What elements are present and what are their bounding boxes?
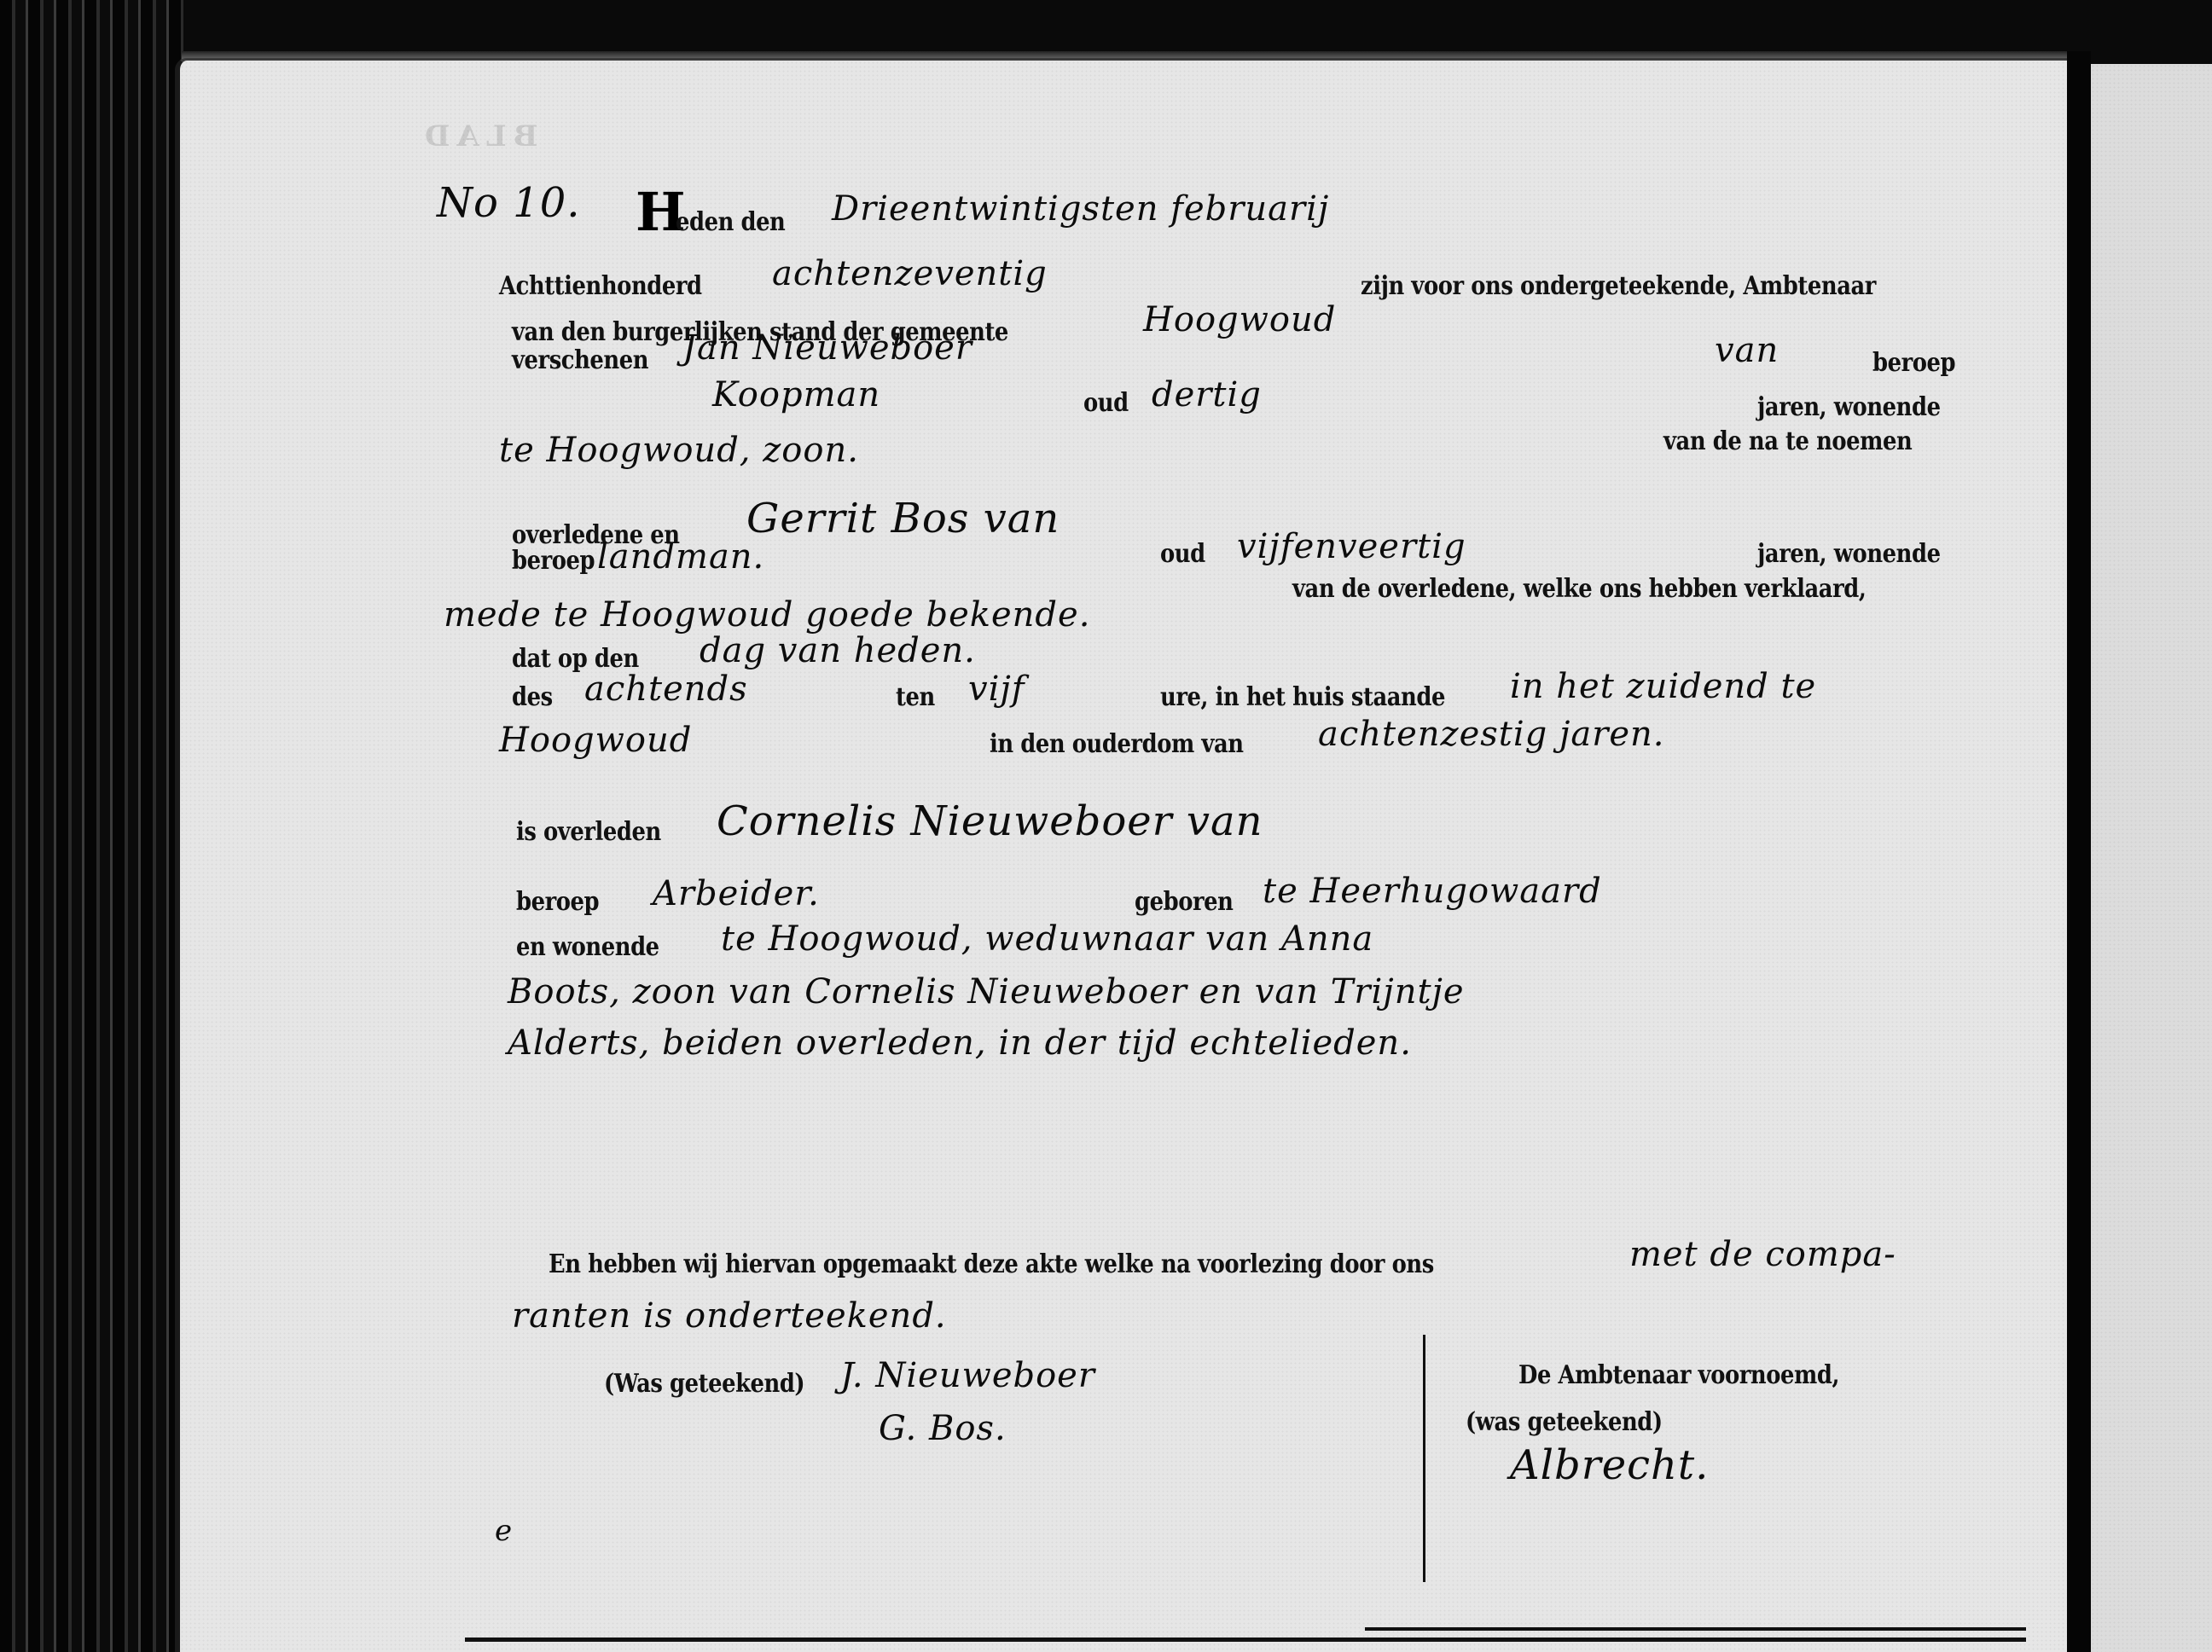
label-is-overleden: is overleden (516, 817, 661, 847)
label-oud-2: oud (1160, 539, 1205, 569)
label-van-de-overledene: van de overledene, welke ons hebben verk… (1292, 574, 1866, 604)
hw-date-day: Drieentwintigsten februarij (832, 189, 1329, 229)
hw-occupation-1: Koopman (712, 375, 880, 414)
book-binding-edge (0, 0, 183, 1652)
bottom-rule-2 (1365, 1627, 2026, 1631)
label-verschenen: verschenen (512, 345, 648, 375)
hw-birthplace: te Heerhugowaard (1263, 872, 1602, 911)
hw-day: dag van heden. (700, 631, 976, 670)
label-beroep-2: beroep (512, 546, 595, 576)
hw-parents-line-1: Boots, zoon van Cornelis Nieuweboer en v… (508, 972, 1465, 1011)
label-en-wonende: en wonende (516, 932, 659, 962)
label-ten: ten (896, 682, 935, 712)
label-geboren: geboren (1135, 887, 1233, 917)
label-beroep-1: beroep (1872, 348, 1955, 378)
ghost-header-blad: BLAD (418, 119, 538, 154)
signature-declarant-2: G. Bos. (879, 1409, 1007, 1448)
label-heden-den: eden den (676, 207, 785, 237)
label-oud-1: oud (1083, 388, 1129, 418)
hw-hour: vijf (968, 669, 1025, 709)
hw-time-of-day: achtends (584, 669, 748, 709)
record-number: No 10. (437, 179, 581, 227)
hw-residence-1: te Hoogwoud, zoon. (499, 431, 859, 470)
label-achttienhonderd: Achttienhonderd (499, 271, 702, 301)
hw-declarant-2: Gerrit Bos van (746, 495, 1060, 542)
bottom-rule-1 (465, 1638, 2026, 1642)
book-gutter (2067, 51, 2091, 1652)
label-was-geteekend-1: (Was geteekend) (604, 1369, 804, 1399)
label-jaren-wonende-2: jaren, wonende (1757, 539, 1941, 569)
label-beroep-3: beroep (516, 887, 599, 917)
signature-official: Albrecht. (1510, 1441, 1709, 1489)
hw-declarant-1: Jan Nieuweboer (682, 328, 972, 368)
hw-residence-deceased: te Hoogwoud, weduwnaar van Anna (721, 919, 1373, 959)
label-jaren-wonende-1: jaren, wonende (1757, 392, 1941, 422)
signature-declarant-1: J. Nieuweboer (840, 1356, 1095, 1395)
label-des: des (512, 682, 553, 712)
signature-divider (1423, 1335, 1425, 1582)
label-in-den-ouderdom: in den ouderdom van (990, 729, 1244, 759)
hw-occupation-deceased: Arbeider. (653, 874, 820, 913)
hw-closing-2: ranten is onderteekend. (512, 1296, 947, 1336)
hw-year: achtenzeventig (772, 254, 1048, 293)
hw-house: in het zuidend te (1510, 667, 1816, 706)
label-en-hebben: En hebben wij hiervan opgemaakt deze akt… (549, 1249, 1434, 1279)
hw-parents-line-2: Alderts, beiden overleden, in der tijd e… (508, 1023, 1412, 1063)
hw-residence-2: mede te Hoogwoud goede bekende. (444, 595, 1090, 635)
facing-page-edge (2091, 64, 2212, 1652)
label-ure-huis: ure, in het huis staande (1160, 682, 1445, 712)
hw-municipality: Hoogwoud (1143, 300, 1336, 339)
hw-closing-1: met de compa- (1629, 1235, 1896, 1274)
margin-mark: e (495, 1514, 513, 1548)
label-zijn-voor: zijn voor ons ondergeteekende, Ambtenaar (1361, 271, 1876, 301)
hw-van-1: van (1715, 331, 1779, 370)
label-van-de-na: van de na te noemen (1663, 426, 1912, 456)
label-ambtenaar-voornoemd: De Ambtenaar voornoemd, (1518, 1360, 1839, 1390)
hw-occupation-2: landman. (597, 537, 764, 577)
hw-deceased-name: Cornelis Nieuweboer van (717, 797, 1263, 845)
hw-house-place: Hoogwoud (499, 721, 692, 760)
hw-age-2: vijfenveertig (1237, 527, 1466, 566)
hw-age-deceased: achtenzestig jaren. (1318, 715, 1665, 754)
hw-age-1: dertig (1152, 375, 1262, 414)
label-was-geteekend-2: (was geteekend) (1466, 1407, 1663, 1437)
